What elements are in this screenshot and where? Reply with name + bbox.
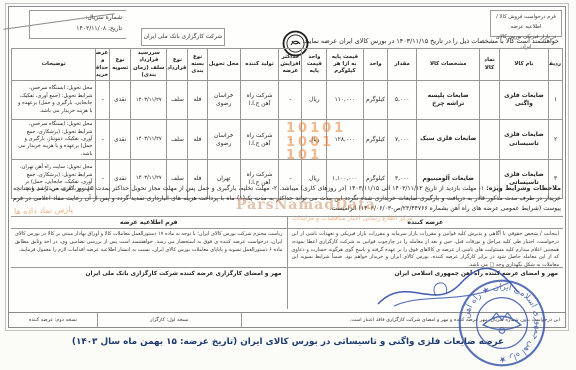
serial-label: شماره سریال:: [34, 12, 122, 23]
announcement-panel-title: فرم اطلاعیه عرضه: [11, 217, 287, 229]
table-cell: کیلوگرم: [363, 120, 388, 160]
column-header: عرضه و حداقل خرید: [96, 49, 110, 81]
table-cell: شرکت راه آهن ج.ا.ا: [240, 81, 279, 120]
special-notes-body: ۱- مهلت بازدید از تاریخ ۱۴۰۳/۱۱/۱۳ الی ۱…: [13, 185, 561, 212]
column-header: توضیحات: [12, 49, 96, 81]
table-cell: محل تحویل: ایستگاه سرخس، شرایط تحویل: (ب…: [12, 120, 96, 160]
column-header: ردیف: [549, 49, 563, 81]
table-cell: -: [279, 81, 302, 120]
table-cell: سلف: [167, 120, 188, 160]
table-cell: فله: [188, 81, 207, 120]
table-cell: -: [96, 81, 110, 120]
table-cell: ۵,۰۰۰: [388, 81, 417, 120]
table-cell: فله: [188, 120, 207, 160]
table-cell: ۱۱۰,۰۰۰: [327, 81, 363, 120]
table-cell: ۲: [549, 120, 563, 160]
column-header: محل تحویل: [207, 49, 240, 81]
supplier-panel-title: عرضه کننده: [288, 217, 564, 229]
table-cell: ۱: [549, 81, 563, 120]
form-title-line1: فرم درخواست فروش کالا / اطلاعیه عرضه: [491, 13, 561, 33]
table-row: ۱ضایعات فلزی واگنیضایعات پلیسه تراشه چرخ…: [12, 81, 563, 120]
table-cell: -: [279, 120, 302, 160]
copy-note-1: نسخه اول: کارگزار: [97, 313, 241, 327]
table-cell: شرکت راه آهن ج.ا.ا: [240, 120, 279, 160]
date-value: تاریخ: ۱۴۰۳/۱۱/۰۸: [34, 23, 122, 34]
special-notes-label: ملاحظات وشرایط ویژه:: [486, 185, 561, 192]
table-cell: خراسان رضوی: [207, 120, 240, 160]
column-header: قیمت پایه به ازا هر کیلوگرم: [327, 49, 363, 81]
table-cell: ۷,۰۰۰: [388, 120, 417, 160]
table-cell: سلف: [167, 81, 188, 120]
stamp-ring-text: راه آهن جمهوری اسلامی ایران ★ راه آهن ★: [460, 281, 543, 365]
table-cell: [480, 120, 499, 160]
table-cell: ضایعات پلیسه تراشه چرخ: [417, 81, 480, 120]
table-cell: کیلوگرم: [363, 81, 388, 120]
table-body: ۱ضایعات فلزی واگنیضایعات پلیسه تراشه چرخ…: [12, 81, 563, 199]
table-row: ۲ضایعات فلزی تاسیساتیضایعات فلزی سبک۷,۰۰…: [12, 120, 563, 160]
table-cell: -: [96, 120, 110, 160]
table-cell: ریال: [302, 120, 327, 160]
table-header-row: ردیفنام کالانماد کالامشخصات کالامقدارواح…: [12, 49, 563, 81]
table-cell: ۱۴۰۳/۱۱/۲۷: [131, 120, 167, 160]
table-cell: ۱۴۰۳/۱۱/۲۷: [131, 81, 167, 120]
table-cell: نقدی: [110, 81, 131, 120]
broker-sign-label: مهر و امضای کارگزاری عرضه کننده شرکت کار…: [11, 268, 287, 277]
table-cell: نقدی: [110, 120, 131, 160]
special-notes: ملاحظات وشرایط ویژه: ۱- مهلت بازدید از ت…: [13, 184, 561, 214]
column-header: حداکثر افزایش عرضه: [279, 49, 302, 81]
table-cell: ریال: [302, 81, 327, 120]
request-line: خواهشمند است کالا با مشخصات ذیل را در تا…: [15, 37, 559, 45]
supplier-declaration-text: اینجانب / شخص حقوقی با آگاهی و پذیرش کلی…: [288, 229, 564, 268]
table-cell: ۱۲۸,۰۰۰: [327, 120, 363, 160]
table-cell: خراسان رضوی: [207, 81, 240, 120]
form-title-box: فرم درخواست فروش کالا / اطلاعیه عرضه در …: [490, 10, 562, 37]
table-cell: ضایعات فلزی سبک: [417, 120, 480, 160]
column-header: واحد قیمت پایه: [302, 49, 327, 81]
column-header: مشخصات کالا: [417, 49, 480, 81]
column-header: واحد: [363, 49, 388, 81]
announcement-request-text: ریاست محترم شرکت بورس کالای ایران؛ با تو…: [11, 229, 287, 268]
offer-table: ردیفنام کالانماد کالامشخصات کالامقدارواح…: [11, 48, 563, 199]
table-cell: محل تحویل: ایستگاه سرخس، شرایط تحویل: (ج…: [12, 81, 96, 120]
serial-date-box: شماره سریال: تاریخ: ۱۴۰۳/۱۱/۰۸: [29, 10, 126, 39]
railway-round-stamp: راه آهن جمهوری اسلامی ایران ★ راه آهن ★: [452, 276, 552, 370]
column-header: نام کالا: [499, 49, 549, 81]
column-header: نوع تسویه: [110, 49, 131, 81]
column-header: نوع بسته بندی: [188, 49, 207, 81]
announcement-panel: فرم اطلاعیه عرضه ریاست محترم شرکت بورس ک…: [11, 217, 288, 309]
column-header: تولید کننده: [240, 49, 279, 81]
table-cell: ضایعات فلزی واگنی: [499, 81, 549, 120]
copy-note-2: نسخه دوم: عرضه کننده: [9, 313, 97, 327]
column-header: نوع قرارداد: [167, 49, 188, 81]
column-header: سررسید قرارداد سلف (زمان بندی): [131, 49, 167, 81]
table-cell: [480, 81, 499, 120]
column-header: مقدار: [388, 49, 417, 81]
table-cell: ضایعات فلزی تاسیساتی: [499, 120, 549, 160]
column-header: نماد کالا: [480, 49, 499, 81]
